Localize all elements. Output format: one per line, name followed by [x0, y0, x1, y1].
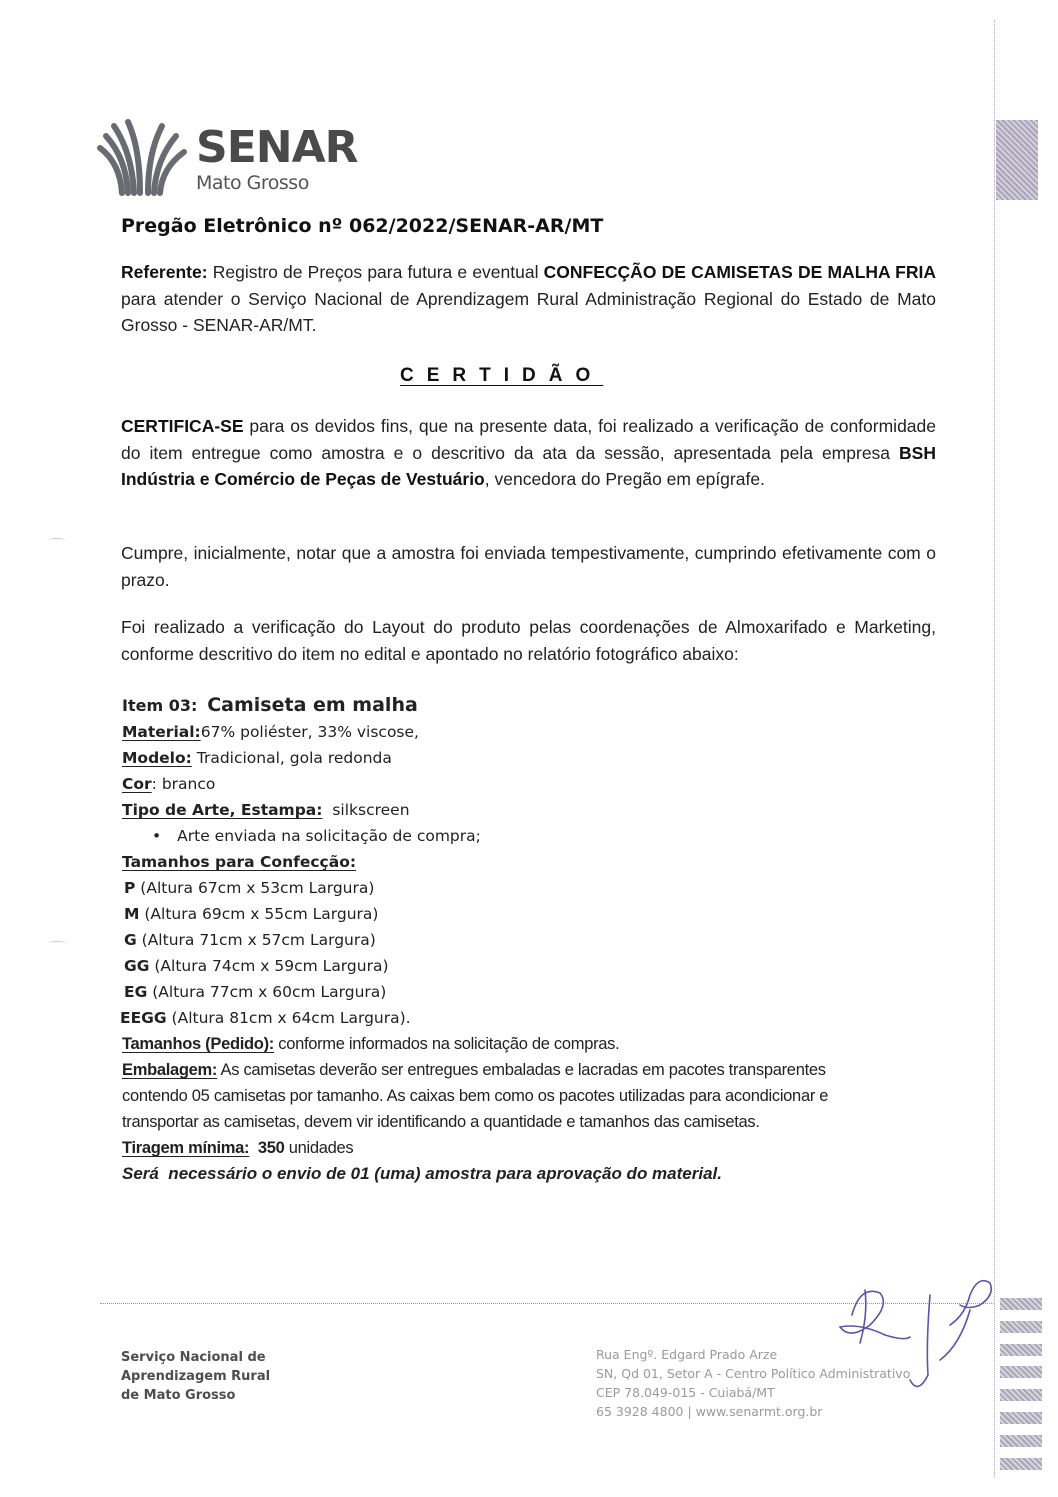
punch-hole-mark [48, 941, 66, 945]
size-code: M [124, 905, 139, 923]
size-row: M (Altura 69cm x 55cm Largura) [122, 901, 882, 927]
material-value: 67% poliéster, 33% viscose, [201, 723, 419, 741]
footer-org-line: Serviço Nacional de [121, 1348, 270, 1367]
certifica-paragraph: CERTIFICA-SE para os devidos fins, que n… [121, 413, 936, 493]
referente-label: Referente: [121, 262, 208, 282]
scan-stripe [1000, 1389, 1042, 1401]
arte-label: Tipo de Arte, Estampa: [122, 801, 322, 819]
document-title: Pregão Eletrônico nº 062/2022/SENAR-AR/M… [121, 215, 603, 237]
size-code: GG [124, 957, 149, 975]
size-desc: (Altura 74cm x 59cm Largura) [149, 957, 388, 975]
size-row: EEGG (Altura 81cm x 64cm Largura). [120, 1005, 882, 1031]
size-row: EG (Altura 77cm x 60cm Largura) [122, 979, 882, 1005]
tamanhos-label: Tamanhos para Confecção: [122, 853, 356, 871]
footer-org-line: de Mato Grosso [121, 1386, 270, 1405]
referente-paragraph: Referente: Registro de Preços para futur… [121, 259, 936, 339]
size-desc: (Altura 67cm x 53cm Largura) [135, 879, 374, 897]
referente-text-end: para atender o Serviço Nacional de Apren… [121, 289, 936, 336]
referente-text: Registro de Preços para futura e eventua… [208, 262, 544, 282]
pedido-label: Tamanhos (Pedido): [122, 1035, 274, 1053]
size-desc: (Altura 77cm x 60cm Largura) [147, 983, 386, 1001]
verification-paragraph: Foi realizado a verificação do Layout do… [121, 614, 936, 667]
modelo-label: Modelo: [122, 749, 192, 767]
scan-stripe [1000, 1458, 1042, 1470]
material-label: Material: [122, 723, 201, 741]
certidao-heading: CERTIDÃO [400, 365, 603, 387]
cumpre-paragraph: Cumpre, inicialmente, notar que a amostr… [121, 540, 936, 593]
logo-name: SENAR [196, 126, 358, 170]
punch-hole-mark [48, 538, 66, 542]
modelo-value: Tradicional, gola redonda [192, 749, 392, 767]
size-code: EEGG [120, 1009, 167, 1027]
embalagem-label: Embalagem: [122, 1061, 217, 1079]
tiragem-value: 350 [258, 1139, 285, 1157]
size-row: P (Altura 67cm x 53cm Largura) [122, 875, 882, 901]
item-label: Item 03: [122, 696, 197, 715]
footer-organization: Serviço Nacional de Aprendizagem Rural d… [121, 1348, 270, 1405]
scan-margin-line [994, 20, 995, 1477]
referente-bold: CONFECÇÃO DE CAMISETAS DE MALHA FRIA [544, 262, 936, 282]
size-desc: (Altura 71cm x 57cm Largura) [137, 931, 376, 949]
sample-note: Será necessário o envio de 01 (uma) amos… [122, 1161, 882, 1187]
arte-bullet: Arte enviada na solicitação de compra; [122, 823, 882, 849]
size-desc: (Altura 81cm x 64cm Largura). [167, 1009, 411, 1027]
size-code: P [124, 879, 135, 897]
size-row: G (Altura 71cm x 57cm Largura) [122, 927, 882, 953]
pedido-value: conforme informados na solicitação de co… [274, 1035, 619, 1053]
handwritten-signature-icon [830, 1265, 1000, 1405]
scan-stripe [1000, 1435, 1042, 1447]
certifica-label: CERTIFICA-SE [121, 416, 244, 436]
scan-stripe [1000, 1298, 1042, 1310]
tiragem-label: Tiragem mínima: [122, 1139, 249, 1157]
footer-org-line: Aprendizagem Rural [121, 1367, 270, 1386]
size-code: G [124, 931, 137, 949]
certifica-text-end: , vencedora do Pregão em epígrafe. [485, 469, 765, 489]
arte-value: silkscreen [322, 801, 409, 819]
scan-stripe [1000, 1344, 1042, 1356]
document-page: SENAR Mato Grosso Pregão Eletrônico nº 0… [0, 0, 1058, 1497]
senar-wheat-icon [92, 118, 192, 198]
senar-logo: SENAR Mato Grosso [92, 118, 358, 198]
size-row: GG (Altura 74cm x 59cm Largura) [122, 953, 882, 979]
tiragem-unit: unidades [284, 1139, 353, 1157]
item-specification: Item 03: Camiseta em malha Material:67% … [122, 692, 882, 1187]
item-name: Camiseta em malha [207, 694, 418, 716]
scan-stripe [1000, 1412, 1042, 1424]
certifica-text: para os devidos fins, que na presente da… [121, 416, 936, 463]
cor-value: : branco [152, 775, 216, 793]
scan-stripe [1000, 1321, 1042, 1333]
logo-subtitle: Mato Grosso [196, 172, 358, 194]
scan-margin-block [996, 120, 1038, 200]
size-code: EG [124, 983, 147, 1001]
size-desc: (Altura 69cm x 55cm Largura) [139, 905, 378, 923]
cor-label: Cor [122, 775, 152, 793]
embalagem-value: As camisetas deverão ser entregues embal… [122, 1061, 828, 1131]
scan-stripe [1000, 1366, 1042, 1378]
